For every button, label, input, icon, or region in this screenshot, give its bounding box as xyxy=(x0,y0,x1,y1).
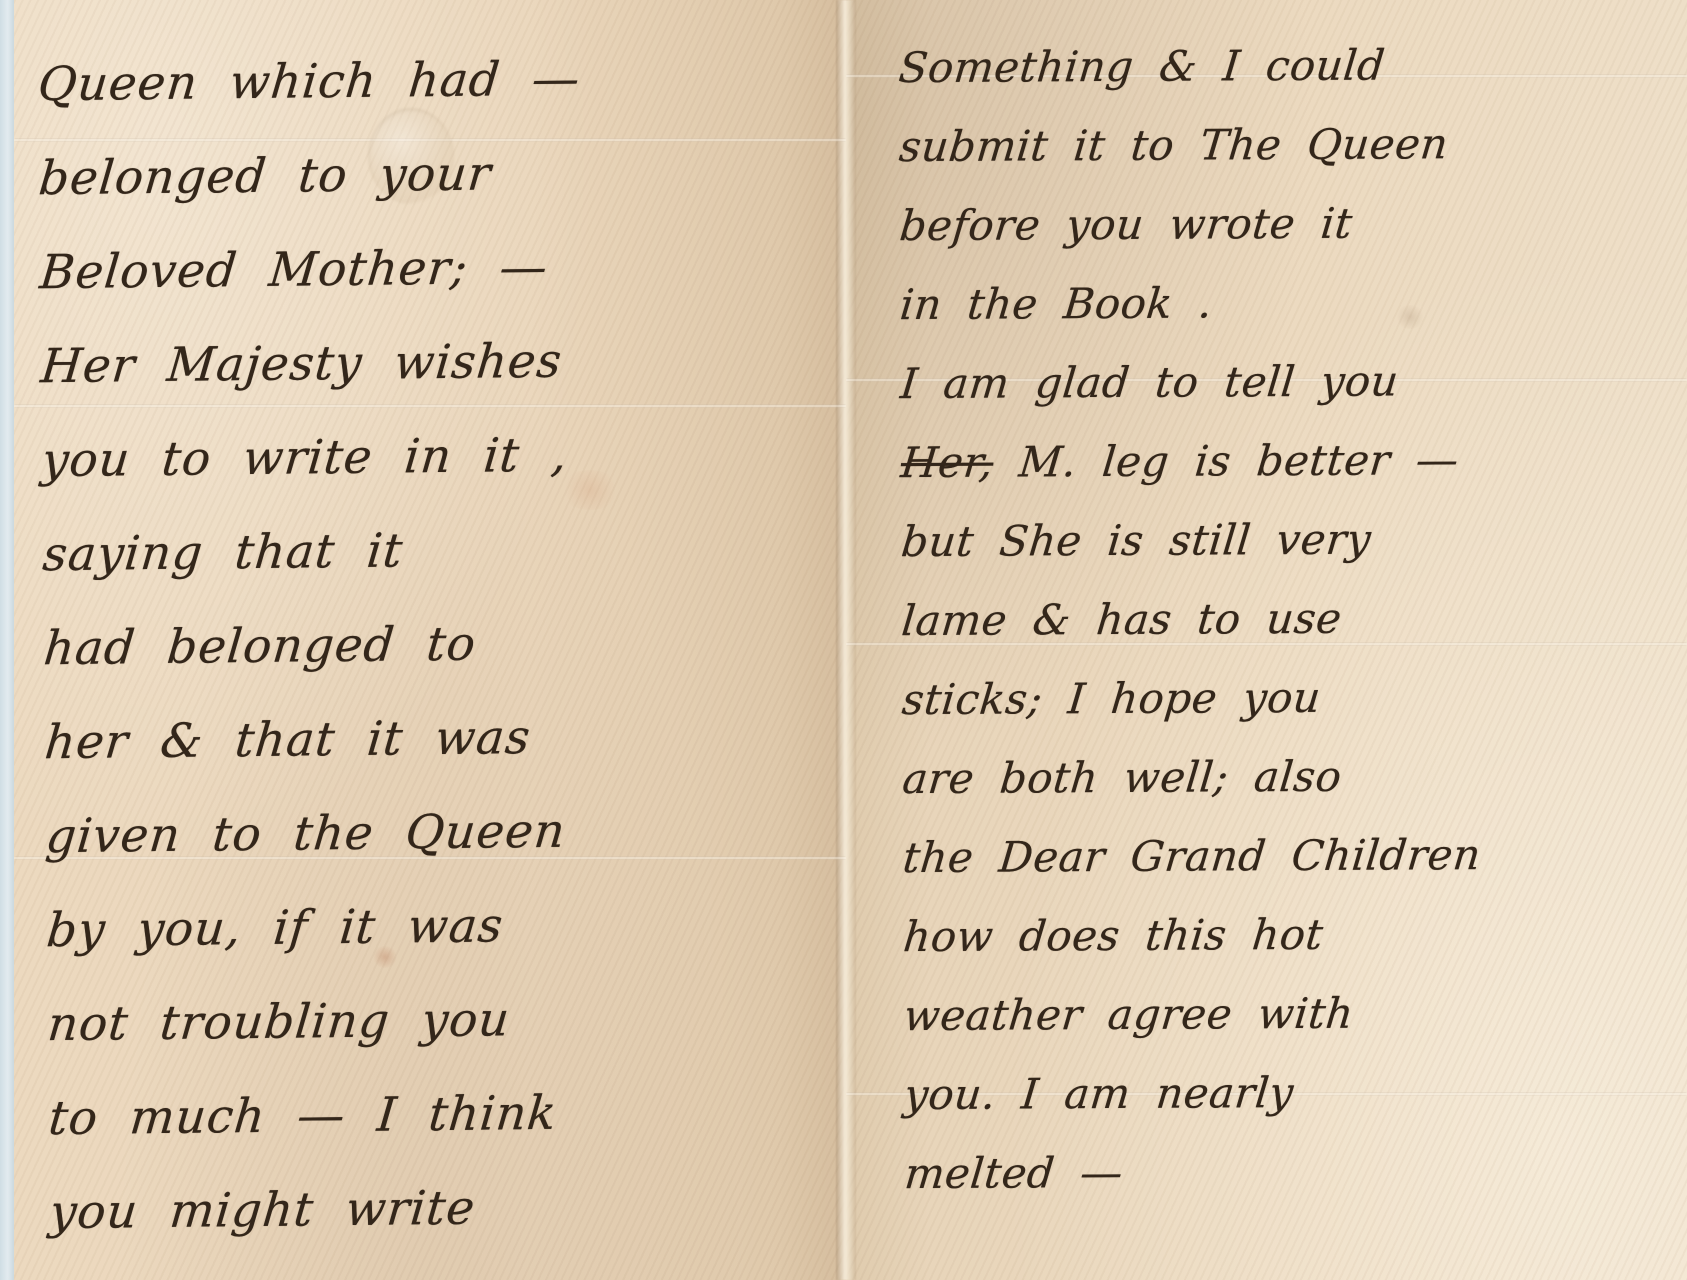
handwriting-line: belonged to your xyxy=(35,124,844,226)
handwriting-line: Queen which had — xyxy=(34,30,843,132)
handwriting-line: Something & I could xyxy=(895,24,1687,107)
handwriting-line: not troubling you xyxy=(44,970,853,1072)
handwriting-right-page: Something & I couldsubmit it to The Quee… xyxy=(899,24,1687,1213)
handwriting-line: saying that it xyxy=(39,500,848,602)
handwriting-line: but She is still very xyxy=(898,498,1687,581)
handwriting-line: by you, if it was xyxy=(43,876,852,978)
handwriting-line: melted — xyxy=(901,1130,1687,1213)
scanner-bed-edge xyxy=(0,0,14,1280)
handwriting-line: the Dear Grand Children xyxy=(899,814,1687,897)
handwriting-line: weather agree with xyxy=(900,972,1687,1055)
handwriting-line: sticks; I hope you xyxy=(898,656,1687,739)
handwriting-line: to much — I think xyxy=(44,1064,853,1166)
letter-scan: { "colors": { "paper": "#ecd9bf", "ink":… xyxy=(0,0,1687,1280)
handwriting-line: I am glad to tell you xyxy=(897,340,1687,423)
handwriting-line: you might write xyxy=(45,1158,854,1260)
struck-out-word: Her, xyxy=(899,438,996,488)
handwriting-line: submit it to The Queen xyxy=(896,103,1687,186)
handwriting-line: given to the Queen xyxy=(42,782,851,884)
handwriting-line: you to write in it , xyxy=(38,406,847,508)
handwriting-line: how does this hot xyxy=(900,893,1687,976)
handwriting-line: Her Majesty wishes xyxy=(37,312,846,414)
handwriting-line: her & that it was xyxy=(41,688,850,790)
handwriting-line: you. I am nearly xyxy=(901,1051,1687,1134)
handwriting-line: in the Book . xyxy=(896,261,1687,344)
handwriting-line: before you wrote it xyxy=(896,182,1687,265)
handwriting-line: Beloved Mother; — xyxy=(36,218,845,320)
handwriting-left-page: Queen which had —belonged to yourBeloved… xyxy=(38,30,851,1260)
handwriting-line: Her, M. leg is better — xyxy=(897,419,1687,502)
handwriting-line: lame & has to use xyxy=(898,577,1687,660)
handwriting-line: are both well; also xyxy=(899,735,1687,818)
handwriting-line: had belonged to xyxy=(40,594,849,696)
